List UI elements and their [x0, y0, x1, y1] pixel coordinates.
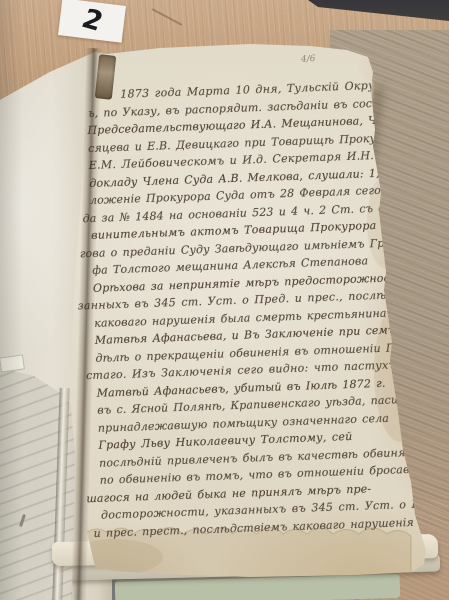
- archival-folio-mark: 4/6: [301, 52, 332, 68]
- photo-scene: 4/6 1873 года Марта 10 дня, Тульскій Окр…: [0, 0, 449, 600]
- label-number: 2: [78, 5, 106, 35]
